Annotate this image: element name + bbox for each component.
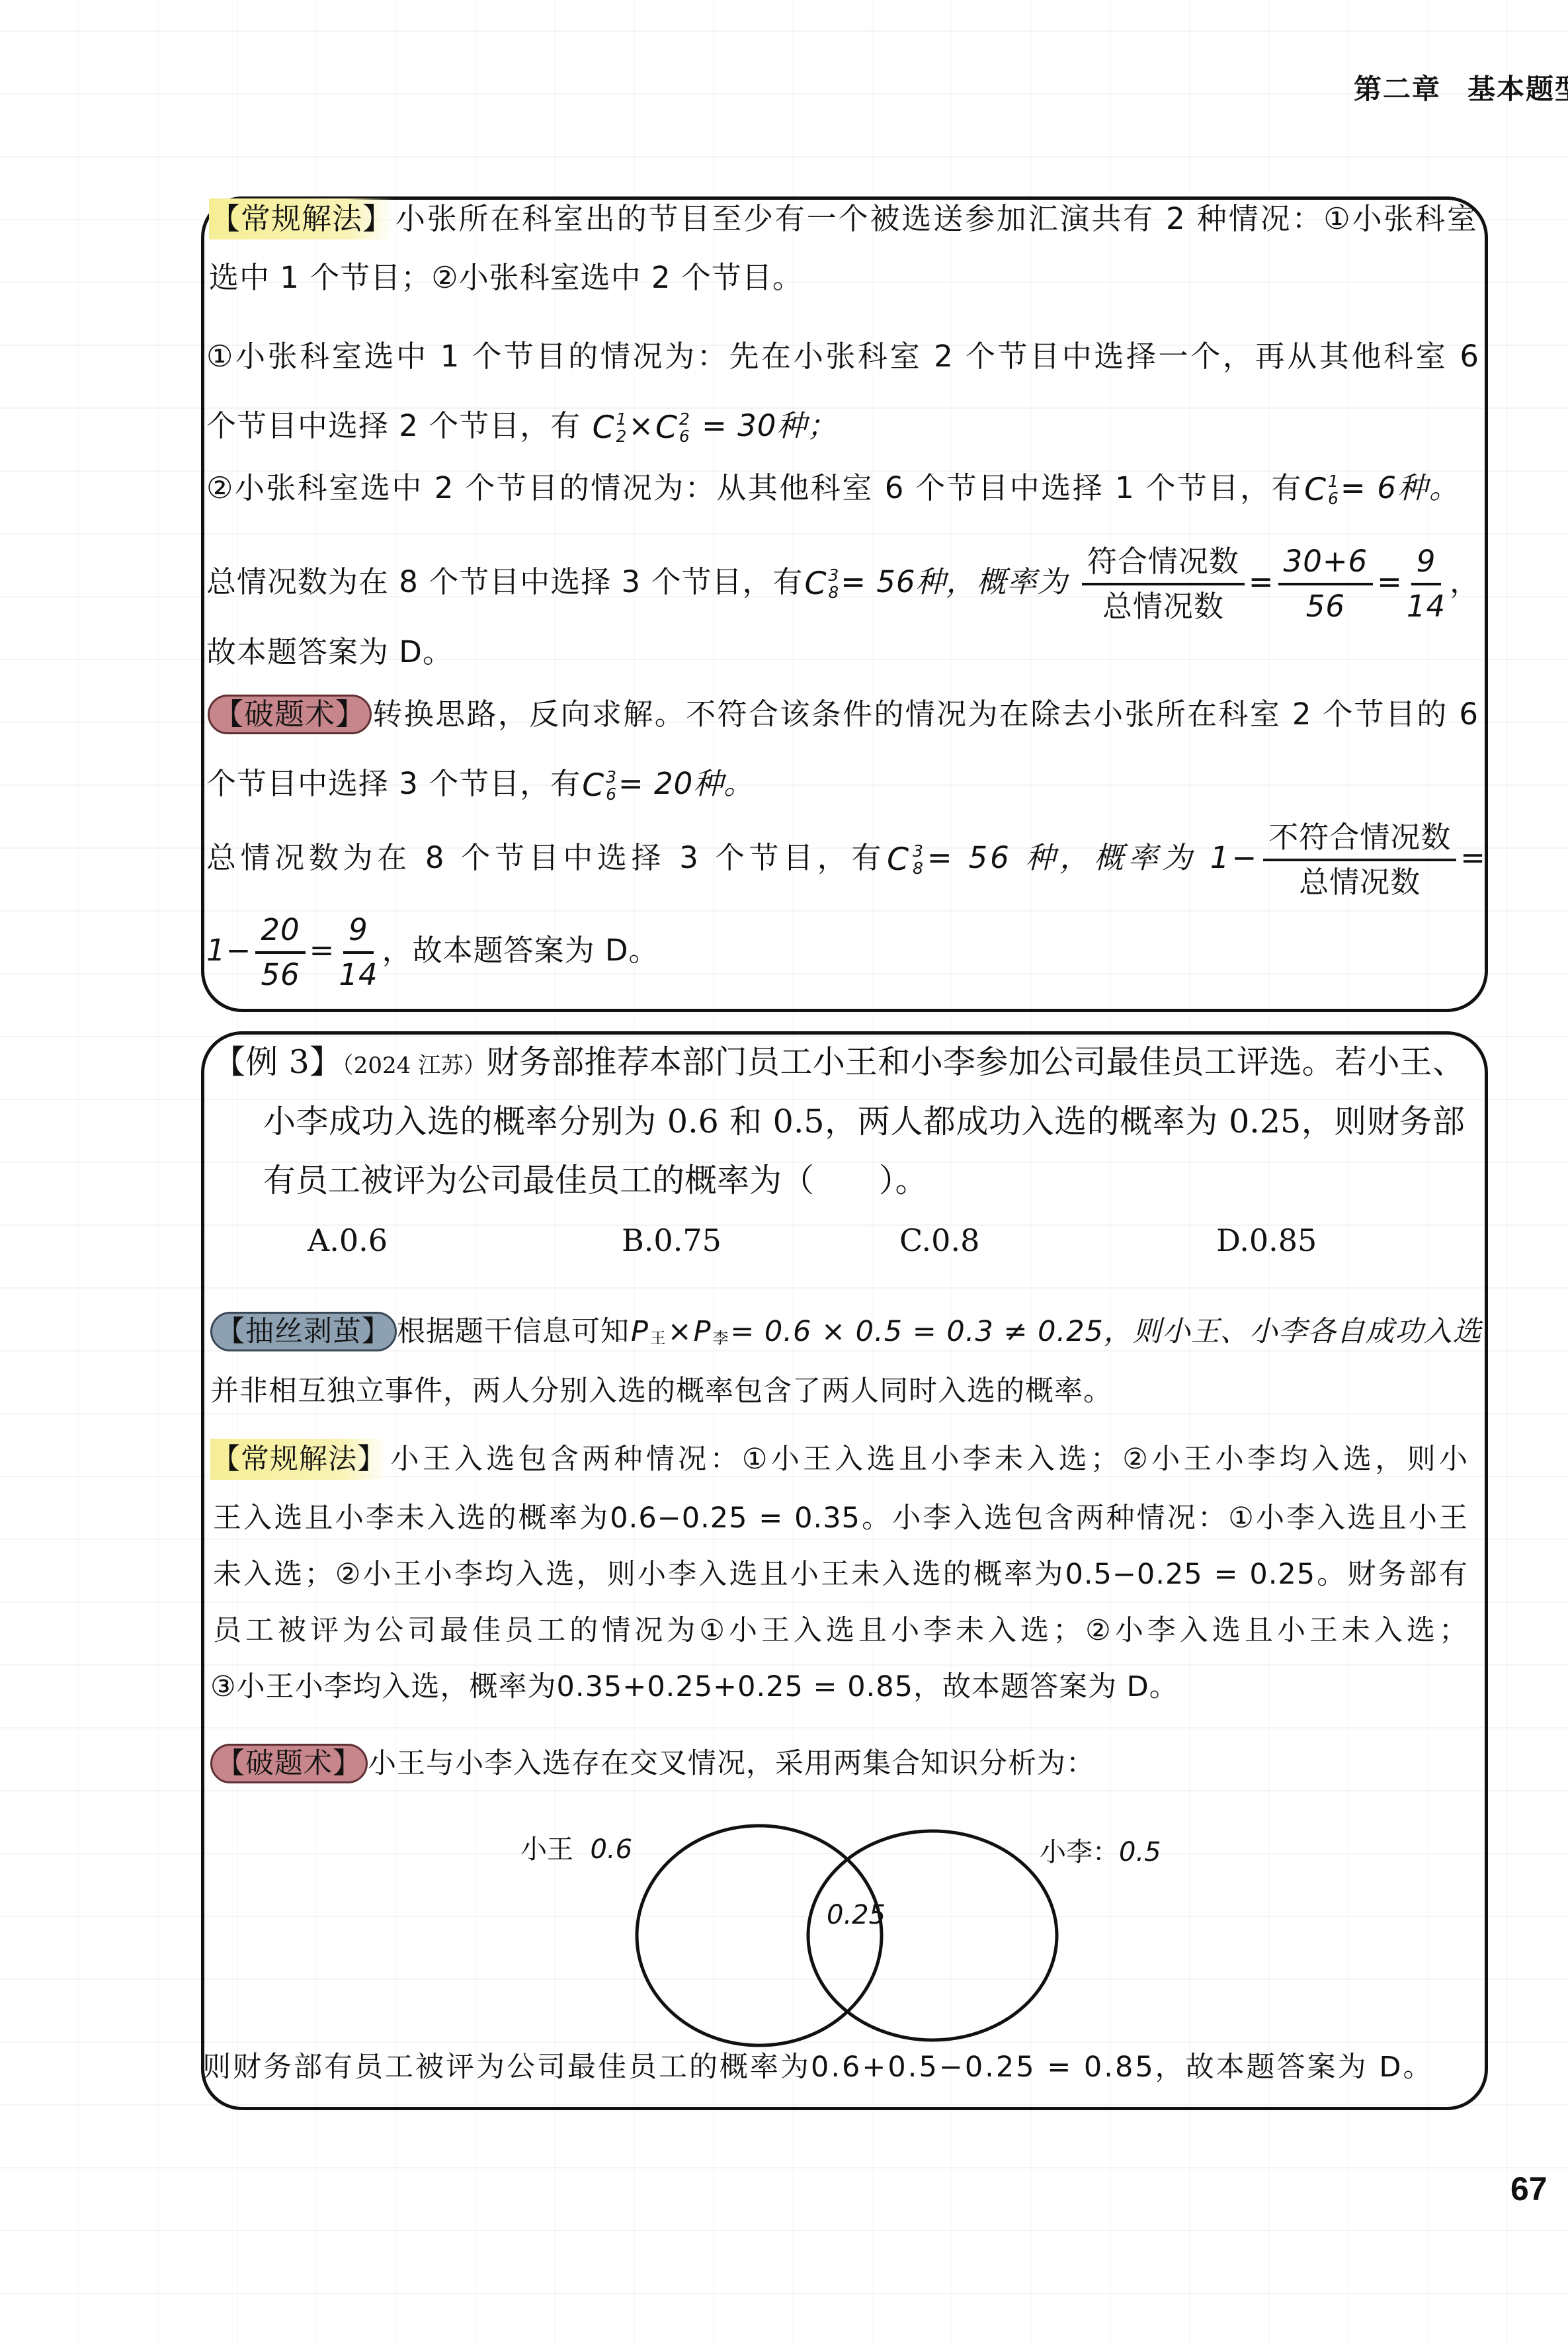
regular-method-2-line-5: ③小王小李均入选，概率为0.35+0.25+0.25 = 0.85，故本题答案为… [210,1660,1178,1713]
question-source: （2024 江苏） [342,1052,486,1079]
conclusion-line: 则财务部有员工被评为公司最佳员工的概率为0.6+0.5−0.25 = 0.85，… [202,2041,1433,2094]
venn-label-wang: 小王 0.6 [520,1830,632,1869]
question-line-3: 有员工被评为公司最佳员工的概率为（ ）。 [263,1154,928,1207]
combination-formula: C12 [593,411,628,445]
question-line-1: 【例 3】（2024 江苏）财务部推荐本部门员工小王和小李参加公司最佳员工评选。… [213,1036,1465,1089]
fraction-favorable-over-total: 符合情况数总情况数 [1082,544,1245,624]
trick-line-2: 个节目中选择 3 个节目，有C36= 20种。 [206,757,754,810]
example-number: 【例 3】 [213,1043,342,1081]
fraction-value: 30+656 [1278,544,1374,624]
regular-method-answer: 故本题答案为 D。 [206,626,453,679]
regular-method-tag: 【常规解法】 [210,1439,388,1480]
venn-intersection-value: 0.25 [827,1895,886,1935]
regular-method-2-line-3: 未入选；②小王小李均入选，则小李入选且小王未入选的概率为0.5−0.25 = 0… [213,1548,1468,1601]
chapter-label: 第二章 [1354,73,1441,105]
combination-formula: C38 [887,843,926,877]
regular-method-tag: 【常规解法】 [209,198,394,239]
section-label: 基本题型 [1467,73,1568,105]
regular-method-2-line-1: 【常规解法】小王入选包含两种情况：①小王入选且小李未入选；②小王小李均入选，则小 [210,1433,1468,1486]
page-number: 67 [1510,2170,1547,2208]
question-line-2: 小李成功入选的概率分别为 0.6 和 0.5，两人都成功入选的概率为 0.25，… [263,1095,1465,1148]
trick-tag: 【破题术】 [210,1744,368,1783]
regular-method-2-line-2: 王入选且小李未入选的概率为0.6−0.25 = 0.35。小李入选包含两种情况：… [213,1492,1468,1545]
trick-line-4: 1−2056=914，故本题答案为 D。 [206,913,659,966]
trick-line-3: 总情况数为在 8 个节目中选择 3 个节目，有C38= 56 种，概率为 1−不… [206,820,1488,873]
probability-wang: P王 [631,1305,667,1358]
fraction-value: 2056 [255,913,305,992]
analysis-tag: 【抽丝剥茧】 [210,1312,397,1351]
analysis-line-2: 并非相互独立事件，两人分别入选的概率包含了两人同时入选的概率。 [210,1365,1112,1418]
probability-li: P李 [694,1305,729,1358]
venn-circle-wang [637,1826,882,2045]
total-probability-line: 总情况数为在 8 个节目中选择 3 个节目，有C38= 56种，概率为 符合情况… [206,544,1480,597]
fraction-result: 914 [1407,544,1446,624]
running-header: 第二章基本题型 [1354,67,1568,107]
trick-line-1: 【破题术】转换思路，反向求解。不符合该条件的情况为在除去小张所在科室 2 个节目… [208,688,1479,741]
venn-label-li: 小李：0.5 [1040,1832,1161,1872]
combination-formula: C16 [1304,473,1339,507]
option-b: B.0.75 [622,1214,722,1267]
regular-method-line-2: 选中 1 个节目；②小张科室选中 2 个节目。 [209,251,803,304]
fraction-unfavorable-over-total: 不符合情况数总情况数 [1263,820,1456,900]
trick-2-line: 【破题术】小王与小李入选存在交叉情况，采用两集合知识分析为： [210,1737,1095,1790]
trick-tag: 【破题术】 [208,695,372,734]
fraction-result: 914 [339,913,378,992]
case-2-line: ②小张科室选中 2 个节目的情况为：从其他科室 6 个节目中选择 1 个节目，有… [206,462,1460,515]
analysis-line-1: 【抽丝剥茧】根据题干信息可知P王×P李= 0.6 × 0.5 = 0.3 ≠ 0… [210,1305,1470,1358]
regular-method-2-line-4: 员工被评为公司最佳员工的情况为①小王入选且小李未入选；②小李入选且小王未入选； [213,1604,1468,1657]
combination-formula: C26 [655,411,690,445]
option-c: C.0.8 [899,1214,979,1267]
regular-method-line-1: 【常规解法】小张所在科室出的节目至少有一个被选送参加汇演共有 2 种情况：①小张… [209,192,1477,245]
venn-circle-li [808,1831,1057,2040]
case-1-line-2: 个节目中选择 2 个节目，有 C12×C26 = 30种； [206,400,837,452]
option-a: A.0.6 [308,1214,388,1267]
option-d: D.0.85 [1216,1214,1317,1267]
case-1-line-1: ①小张科室选中 1 个节目的情况为：先在小张科室 2 个节目中选择一个，再从其他… [206,330,1479,383]
combination-formula: C38 [804,567,839,601]
combination-formula: C36 [582,769,617,803]
